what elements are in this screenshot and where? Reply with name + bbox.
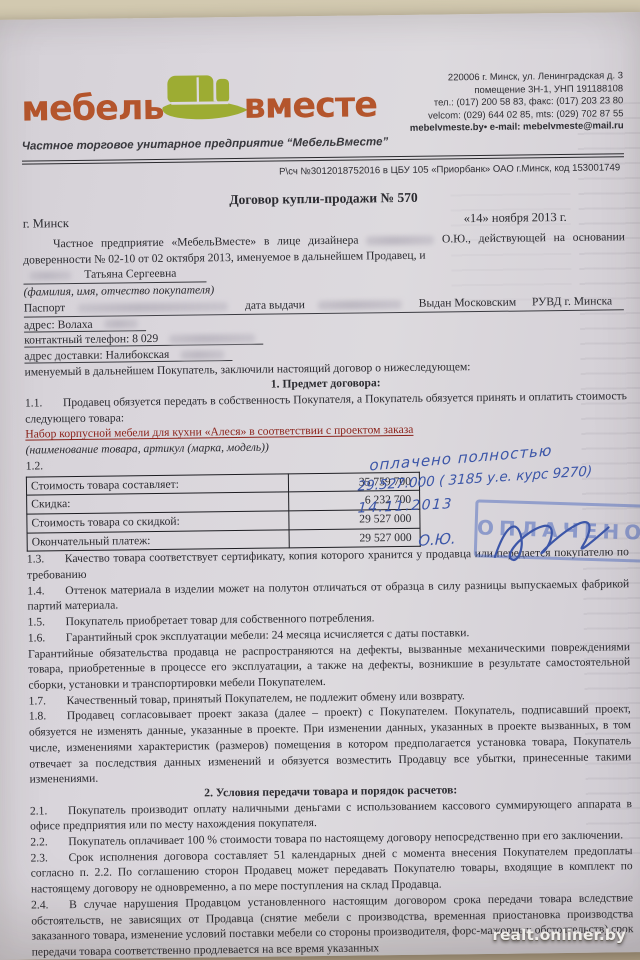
watermark: realt.onliner.by [492,926,626,944]
redacted-address [104,320,138,329]
price-value: 29 527 000 [289,528,420,548]
redacted-delivery-address [180,350,224,360]
document-city: г. Минск [23,216,69,232]
contract-paragraph: 1.8.Продавец согласовывает проект заказа… [29,702,632,788]
contract-paragraph: Гарантийные обязательства продавца не ра… [28,639,631,693]
price-value: 6 232 700 [289,491,420,511]
price-table: Стоимость товара составляет:35 759 700Ск… [26,471,421,552]
contract-document-page: мебель [0,12,640,960]
contract-paragraph: 2.3.Срок исполнения договора составляет … [30,843,633,897]
price-value: 29 527 000 [289,509,420,529]
company-contacts: 220006 г. Минск, ул. Ленинградская д. 3п… [409,68,624,136]
redacted-issue-date [318,300,402,310]
logo-word-vmeste: вместе [243,88,377,125]
redacted-phone [169,334,255,344]
price-table-body: Стоимость товара составляет:35 759 700Ск… [26,472,420,552]
price-label: Окончательный платеж: [27,530,289,552]
contact-line: mebelvmeste.by• e-mail: mebelvmeste@mail… [410,121,624,136]
logo-word-mebel: мебель [21,91,164,128]
redacted-buyer-surname [29,271,71,281]
document-date: «14» ноября 2013 г. [464,210,567,226]
redacted-surname [366,235,434,245]
document-title: Договор купли-продажи № 570 [22,187,624,210]
handwriting-initials: О.Ю. [418,531,456,549]
company-tagline: Частное торговое унитарное предприятие “… [22,136,389,152]
contract-paragraphs: 1.3.Качество товара соответствует сертиф… [27,545,634,960]
letterhead: мебель [21,68,624,152]
buyer-name: Татьяна Сергеевна [84,267,176,281]
company-logo: мебель [21,81,388,134]
price-value: 35 759 700 [288,472,419,492]
sofa-icon [159,69,252,133]
redacted-passport-number [78,302,228,313]
bank-account-line: Р\сч №3012018752016 в ЦБУ 105 «Приорбанк… [22,162,624,180]
